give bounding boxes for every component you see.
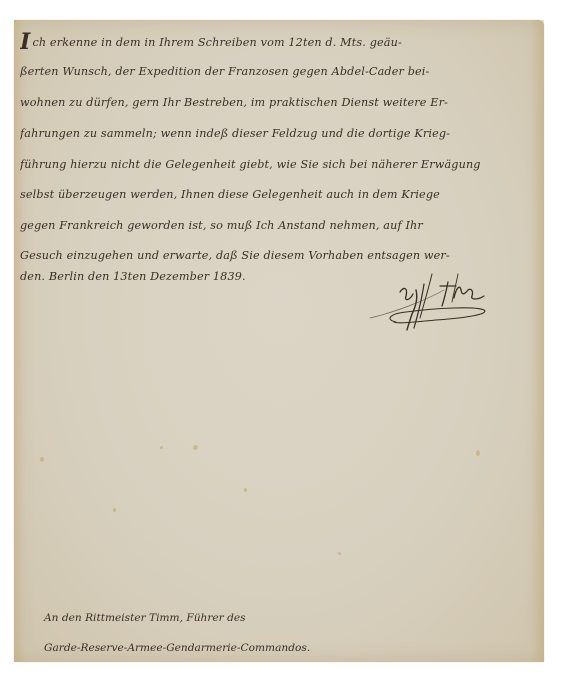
foxing-spot <box>160 446 163 449</box>
foxing-spot <box>244 488 247 492</box>
letter-line-8: Gesuch einzugehen und erwarte, daß Sie d… <box>20 245 538 267</box>
letter-paper: Ich erkenne in dem in Ihrem Schreiben vo… <box>14 20 544 662</box>
letter-line-5: führung hierzu nicht die Gelegenheit gie… <box>20 154 538 176</box>
signature <box>366 270 506 334</box>
foxing-spot <box>193 445 198 450</box>
foxing-spot <box>338 552 341 555</box>
address-line-1: An den Rittmeister Timm, Führer des <box>44 608 246 628</box>
letter-line-2: ßerten Wunsch, der Expedition der Franzo… <box>20 61 538 83</box>
letter-line-1: Ich erkenne in dem in Ihrem Schreiben vo… <box>20 31 538 53</box>
paper-edge-shading-left <box>14 20 24 662</box>
address-line-2: Garde-Reserve-Armee-Gendarmerie-Commando… <box>44 638 310 658</box>
letter-line-text: ch erkenne in dem in Ihrem Schreiben vom… <box>32 36 401 49</box>
foxing-spot <box>476 450 480 456</box>
paper-edge-shading-right <box>530 20 544 662</box>
foxing-spot <box>113 508 116 512</box>
drop-initial: I <box>20 31 30 53</box>
letter-line-3: wohnen zu dürfen, gern Ihr Bestreben, im… <box>20 92 538 114</box>
foxing-spot <box>40 457 44 462</box>
letter-line-6: selbst überzeugen werden, Ihnen diese Ge… <box>20 184 538 206</box>
letter-line-4: fahrungen zu sammeln; wenn indeß dieser … <box>20 123 538 145</box>
letter-line-7: gegen Frankreich geworden ist, so muß Ic… <box>20 215 538 237</box>
